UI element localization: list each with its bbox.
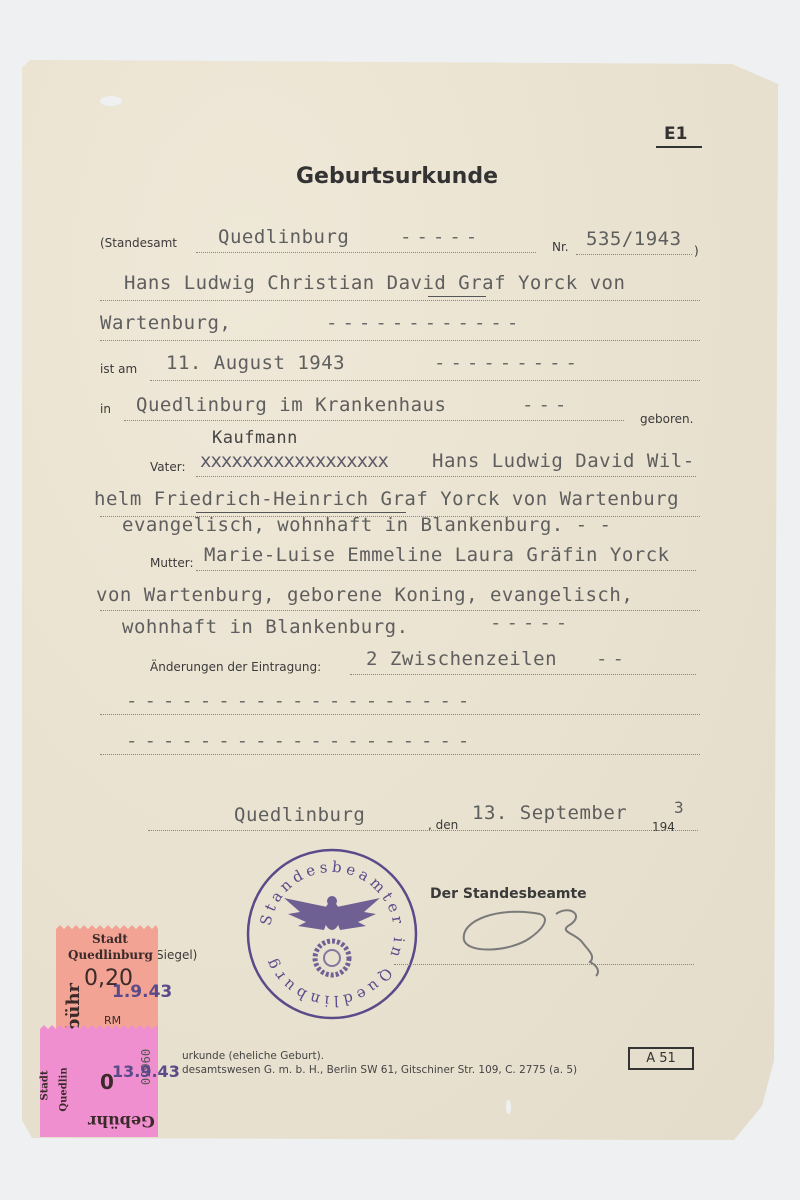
nr-label: Nr. — [552, 240, 569, 254]
footer-line1: urkunde (eheliche Geburt). — [182, 1050, 324, 1062]
issue-year-suffix: 3 — [674, 798, 684, 817]
stamp-red-line1: Stadt — [92, 932, 128, 946]
dotted-line — [148, 830, 698, 831]
dotted-line — [150, 380, 700, 381]
underline-friedrich-heinrich — [196, 512, 406, 513]
changes-label: Änderungen der Eintragung: — [150, 660, 321, 674]
dotted-line — [100, 340, 700, 341]
filler-dashes: -- — [596, 648, 629, 670]
dotted-line — [196, 252, 536, 253]
changes-value: 2 Zwischenzeilen — [366, 648, 557, 670]
dotted-line — [576, 254, 692, 255]
stamp-pink-side: Gebühr — [88, 1112, 155, 1131]
filler-dashes: ------------------- — [126, 730, 476, 752]
father-line2: helm Friedrich-Heinrich Graf Yorck von W… — [94, 488, 679, 510]
dotted-line — [100, 714, 700, 715]
footer-line2: desamtswesen G. m. b. H., Berlin SW 61, … — [182, 1064, 577, 1076]
father-struck-text: xxxxxxxxxxxxxxxxxx — [200, 450, 388, 472]
stamp-red-cancel-date: 1.9.43 — [112, 982, 172, 1002]
nr-value: 535/1943 — [586, 228, 682, 250]
father-label: Vater: — [150, 460, 185, 474]
official-seal: Standesbeamter in Quedlinburg — [244, 846, 420, 1022]
seal-ring-text: Standesbeamter in Quedlinburg — [256, 858, 408, 1010]
paper-tear — [506, 1100, 511, 1114]
dotted-line — [196, 476, 696, 477]
dotted-line — [124, 420, 624, 421]
birth-date-value: 11. August 1943 — [166, 352, 345, 374]
mother-label: Mutter: — [150, 556, 194, 570]
date-label: ist am — [100, 362, 137, 376]
birth-place-value: Quedlinburg im Krankenhaus — [136, 394, 446, 416]
form-number-box: A 51 — [628, 1047, 694, 1070]
filler-dashes: ----- — [400, 226, 482, 248]
svg-text:Standesbeamter in Quedlinburg: Standesbeamter in Quedlinburg — [256, 858, 408, 1010]
child-name-line1: Hans Ludwig Christian David Graf Yorck v… — [124, 272, 625, 294]
form-code-underline — [656, 146, 702, 148]
stamp-pink-cancel-date: 13.9.43 — [112, 1062, 180, 1081]
seal-label: Siegel) — [156, 948, 197, 962]
signature-line — [394, 964, 694, 965]
paper-tear — [100, 96, 122, 106]
filler-dashes: --------- — [434, 352, 582, 374]
stamp-pink-line2: Quedlin — [59, 1067, 70, 1111]
father-line1: Hans Ludwig David Wil- — [432, 450, 695, 472]
issue-year-prefix: 194 — [652, 820, 675, 834]
issue-place: Quedlinburg — [234, 804, 365, 826]
nr-close: ) — [694, 244, 699, 258]
dotted-line — [100, 610, 700, 611]
filler-dashes: ----- — [490, 612, 572, 634]
father-line3: evangelisch, wohnhaft in Blankenburg. - … — [122, 514, 612, 536]
dotted-line — [350, 674, 696, 675]
document-title: Geburtsurkunde — [296, 164, 498, 189]
place-label: in — [100, 402, 111, 416]
father-occupation-insert: Kaufmann — [212, 428, 298, 448]
born-label: geboren. — [640, 412, 693, 426]
underline-david — [428, 296, 486, 297]
standesamt-value: Quedlinburg — [218, 226, 349, 248]
wreath-emblem-icon — [315, 941, 349, 975]
mother-line1: Marie-Luise Emmeline Laura Gräfin Yorck — [204, 544, 670, 566]
form-code: E1 — [664, 124, 687, 144]
filler-dashes: ------------------- — [126, 690, 476, 712]
signature — [460, 900, 640, 980]
dotted-line — [100, 754, 700, 755]
stamp-red-currency: RM — [104, 1014, 121, 1027]
stamp-pink-line1: Stadt — [39, 1071, 50, 1101]
issue-date: 13. September — [472, 802, 627, 824]
filler-dashes: ------------ — [326, 312, 523, 334]
mother-line2: von Wartenburg, geborene Koning, evangel… — [96, 584, 633, 606]
dotted-line — [196, 570, 696, 571]
standesamt-label: (Standesamt — [100, 236, 177, 250]
mother-line3: wohnhaft in Blankenburg. — [122, 616, 409, 638]
eagle-emblem-icon — [284, 896, 380, 930]
child-name-line2: Wartenburg, — [100, 312, 231, 334]
stamp-red-line2: Quedlinburg — [68, 948, 153, 962]
filler-dashes: --- — [522, 394, 571, 416]
dotted-line — [100, 300, 700, 301]
